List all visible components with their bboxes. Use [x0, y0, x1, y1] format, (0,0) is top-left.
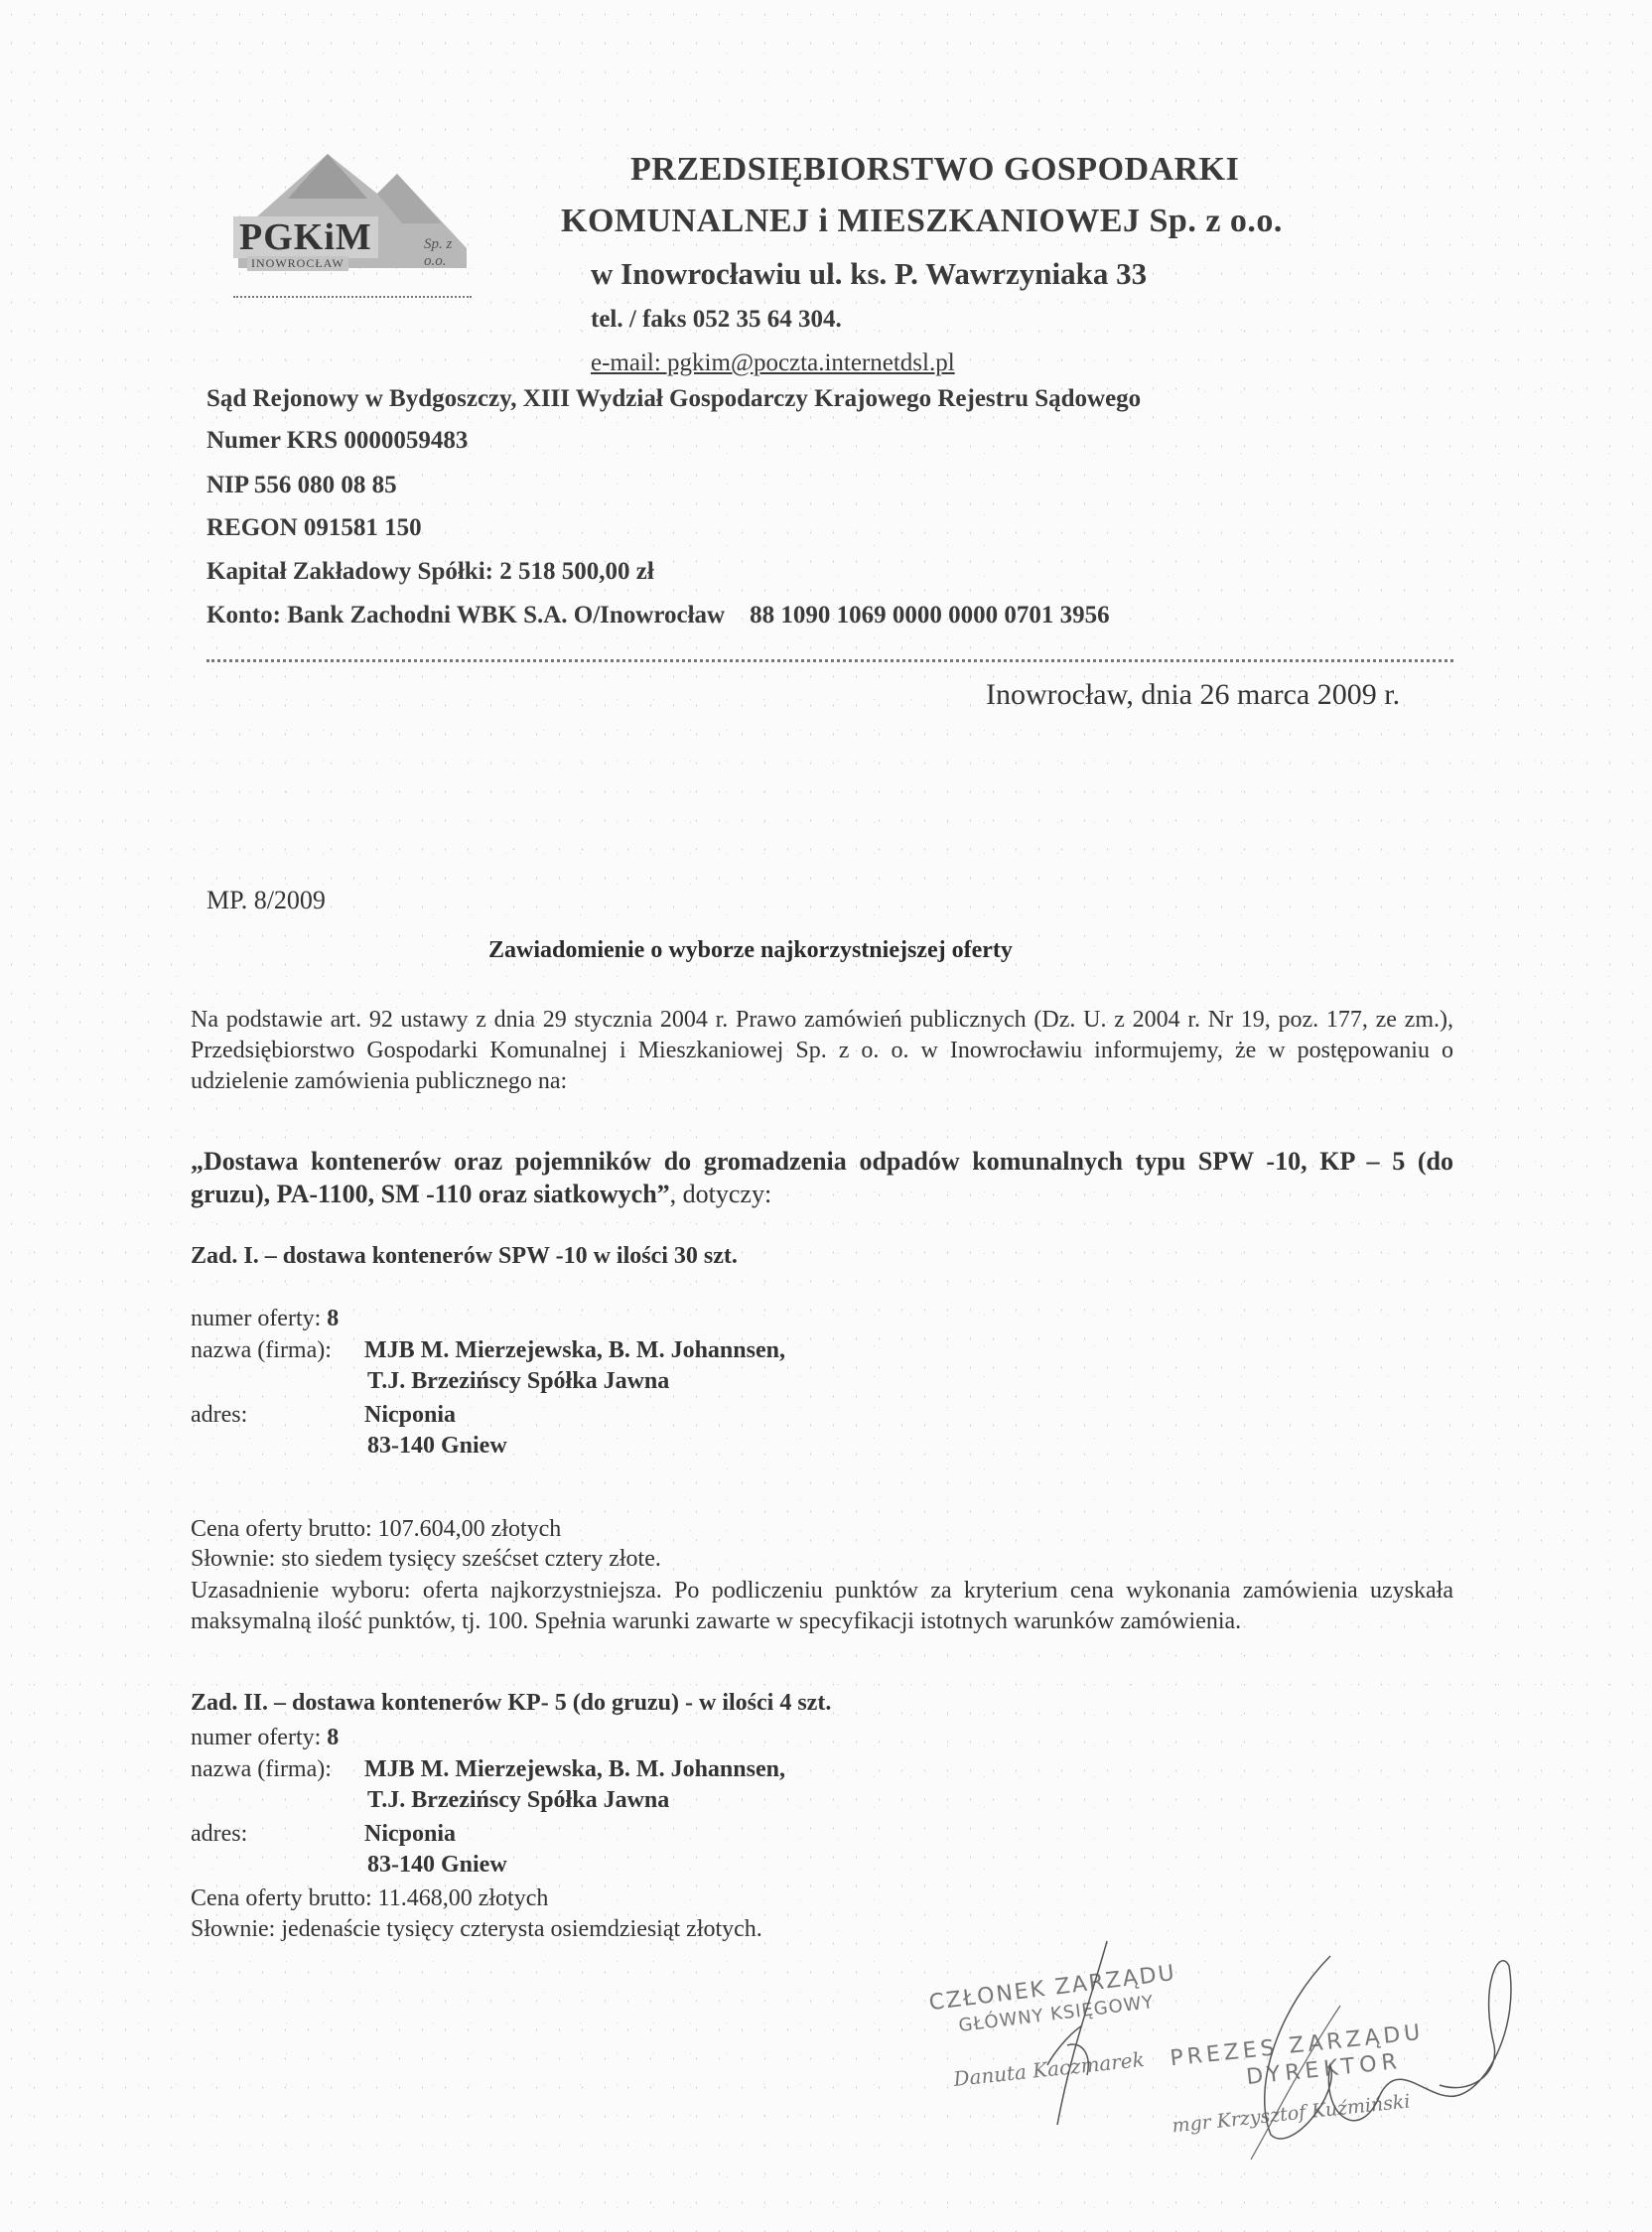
address-label: adres: [191, 1819, 364, 1849]
task-2-company-line2: T.J. Brzezińscy Spółka Jawna [367, 1787, 669, 1814]
procurement-subject: „Dostawa kontenerów oraz pojemników do g… [191, 1145, 1453, 1210]
task-1-offer-row: numer oferty: 8 [191, 1304, 339, 1333]
offer-number-label: numer oferty: [191, 1306, 321, 1331]
task-1-words: sto siedem tysięcy sześćset cztery złote… [281, 1546, 661, 1572]
registry-capital: Kapitał Zakładowy Spółki: 2 518 500,00 z… [206, 558, 654, 586]
procurement-subject-suffix: , dotyczy: [670, 1180, 772, 1208]
task-2-company-row: nazwa (firma):MJB M. Mierzejewska, B. M.… [191, 1754, 785, 1784]
signature-left-icon [1013, 1936, 1132, 2135]
task-2-heading: Zad. II. – dostawa kontenerów KP- 5 (do … [191, 1690, 831, 1717]
company-email-link[interactable]: e-mail: pgkim@poczta.internetdsl.pl [591, 349, 955, 377]
task-2-price-row: Cena oferty brutto: 11.468,00 złotych [191, 1883, 548, 1913]
task-1-company-row: nazwa (firma):MJB M. Mierzejewska, B. M.… [191, 1335, 785, 1365]
task-1-address-row: adres:Nicponia [191, 1400, 456, 1430]
task-2-offer-number: 8 [327, 1725, 339, 1750]
justification-label: Uzasadnienie wyboru: [191, 1578, 411, 1604]
task-1-company-line1: MJB M. Mierzejewska, B. M. Johannsen, [364, 1337, 785, 1363]
letter-date: Inowrocław, dnia 26 marca 2009 r. [986, 678, 1400, 712]
logo-name: PGKiM [233, 216, 378, 258]
company-phone: tel. / faks 052 35 64 304. [591, 306, 842, 334]
logo-suffix: Sp. z o.o. [424, 236, 472, 270]
task-1-price: 107.604,00 złotych [378, 1516, 562, 1542]
task-2-company-line1: MJB M. Mierzejewska, B. M. Johannsen, [364, 1756, 785, 1782]
words-label: Słownie: [191, 1546, 275, 1572]
price-label: Cena oferty brutto: [191, 1516, 372, 1542]
dotted-divider [206, 659, 1453, 662]
company-name-line2: KOMUNALNEJ i MIESZKANIOWEJ Sp. z o.o. [561, 203, 1283, 240]
company-address: w Inowrocławiu ul. ks. P. Wawrzyniaka 33 [591, 256, 1147, 292]
stamp-left-name: Danuta Kaczmarek [952, 2047, 1145, 2091]
logo-city: INOWROCŁAW [247, 256, 348, 271]
task-1-address-line1: Nicponia [364, 1402, 456, 1428]
task-1-address-line2: 83-140 Gniew [367, 1433, 507, 1460]
document-page: PGKiM INOWROCŁAW Sp. z o.o. PRZEDSIĘBIOR… [0, 0, 1652, 2232]
reference-number: MP. 8/2009 [206, 886, 326, 915]
task-2-words: jedenaście tysięcy czterysta osiemdziesi… [281, 1916, 761, 1942]
registry-regon: REGON 091581 150 [206, 514, 422, 542]
task-2-price: 11.468,00 złotych [378, 1885, 549, 1911]
document-title: Zawiadomienie o wyborze najkorzystniejsz… [488, 937, 1013, 964]
words-label: Słownie: [191, 1916, 275, 1942]
stamp-right-name: mgr Krzysztof Kuźmiński [1171, 2090, 1412, 2137]
task-2-words-row: Słownie: jedenaście tysięcy czterysta os… [191, 1914, 762, 1944]
task-1-heading: Zad. I. – dostawa kontenerów SPW -10 w i… [191, 1243, 738, 1270]
task-2-offer-row: numer oferty: 8 [191, 1723, 339, 1752]
task-2-address-line2: 83-140 Gniew [367, 1852, 507, 1879]
logo-divider [233, 296, 472, 298]
task-1-words-row: Słownie: sto siedem tysięcy sześćset czt… [191, 1544, 661, 1574]
company-logo: PGKiM INOWROCŁAW Sp. z o.o. [204, 139, 472, 288]
task-1-company-line2: T.J. Brzezińscy Spółka Jawna [367, 1368, 669, 1395]
task-1-offer-number: 8 [327, 1306, 339, 1331]
company-label: nazwa (firma): [191, 1335, 364, 1365]
task-2-address-row: adres:Nicponia [191, 1819, 456, 1849]
company-label: nazwa (firma): [191, 1754, 364, 1784]
offer-number-label: numer oferty: [191, 1725, 321, 1750]
registry-krs: Numer KRS 0000059483 [206, 427, 468, 455]
task-1-price-row: Cena oferty brutto: 107.604,00 złotych [191, 1514, 561, 1544]
registry-court: Sąd Rejonowy w Bydgoszczy, XIII Wydział … [206, 385, 1141, 413]
price-label: Cena oferty brutto: [191, 1885, 372, 1911]
address-label: adres: [191, 1400, 364, 1430]
task-1-justification: Uzasadnienie wyboru: oferta najkorzystni… [191, 1576, 1453, 1637]
company-name-line1: PRZEDSIĘBIORSTWO GOSPODARKI [630, 151, 1239, 189]
intro-paragraph: Na podstawie art. 92 ustawy z dnia 29 st… [191, 1005, 1453, 1097]
registry-nip: NIP 556 080 08 85 [206, 472, 397, 499]
procurement-subject-text: „Dostawa kontenerów oraz pojemników do g… [191, 1147, 1453, 1208]
task-2-address-line1: Nicponia [364, 1821, 456, 1847]
registry-account: Konto: Bank Zachodni WBK S.A. O/Inowrocł… [206, 602, 1110, 629]
